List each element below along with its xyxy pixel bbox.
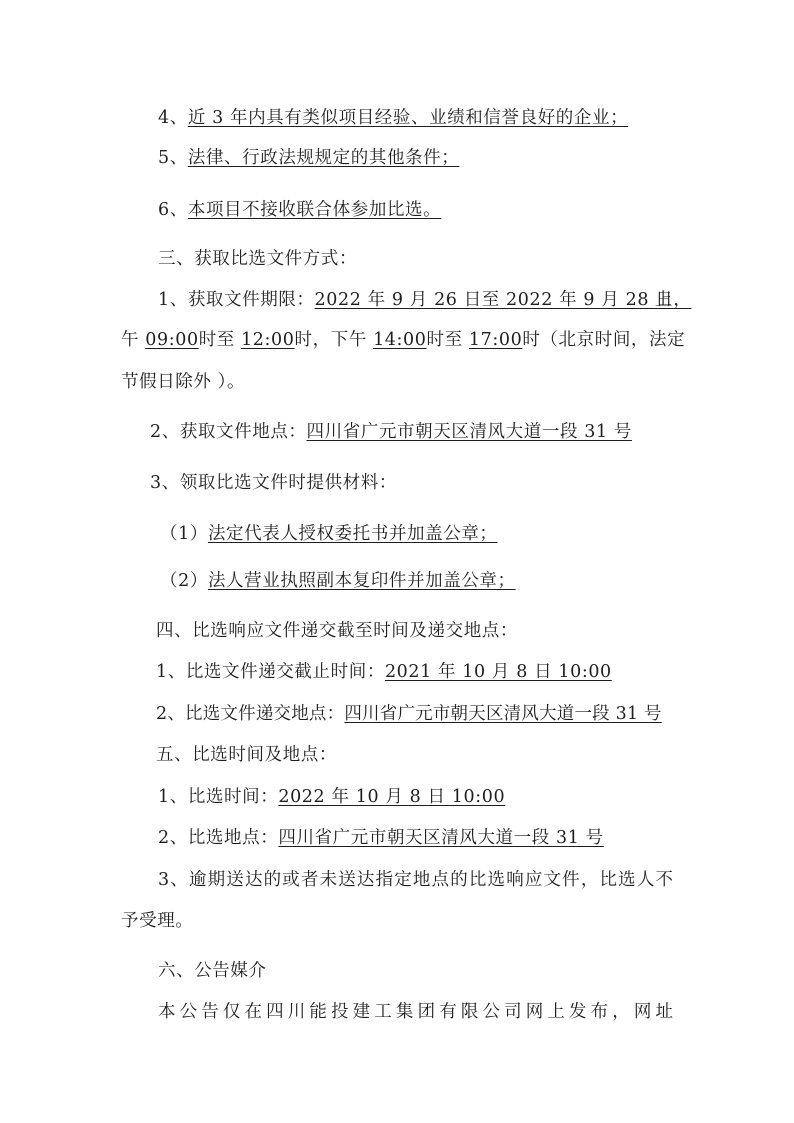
section-3-item-1-line-1: 1、获取文件期限：2022 年 9 月 26 日至 2022 年 9 月 28 … <box>158 288 673 312</box>
section-3-item-3: 3、领取比选文件时提供材料： <box>150 471 681 495</box>
sub-item-number: （1） <box>160 524 208 544</box>
section-4-item-1: 1、比选文件递交截止时间：2021 年 10 月 8 日 10:00 <box>156 660 687 684</box>
item-number: 6、 <box>158 200 188 220</box>
time-value: 12:00 <box>241 330 294 350</box>
item-text: 法律、行政法规规定的其他条件； <box>188 148 460 168</box>
document-page: 4、近 3 年内具有类似项目经验、业绩和信誉良好的企业； 5、法律、行政法规规定… <box>0 0 794 1123</box>
address-value: 四川省广元市朝天区清风大道一段 31 号 <box>278 828 603 848</box>
text-fragment: 上 <box>655 288 673 312</box>
section-6-body-line-1: 本公告仅在四川能投建工集团有限公司网上发布，网址 <box>158 1000 673 1024</box>
time-value: 09:00 <box>145 330 198 350</box>
item-number: 5、 <box>158 148 188 168</box>
requirement-item-5: 5、法律、行政法规规定的其他条件； <box>158 146 673 170</box>
requirement-item-4: 4、近 3 年内具有类似项目经验、业绩和信誉良好的企业； <box>158 106 673 130</box>
sub-item-number: （2） <box>160 571 208 591</box>
section-3-heading: 三、获取比选文件方式： <box>158 247 673 271</box>
time-value: 17:00 <box>469 330 522 350</box>
address-value: 四川省广元市朝天区清风大道一段 31 号 <box>307 422 632 442</box>
section-5-heading: 五、比选时间及地点： <box>156 743 687 767</box>
text-fragment: 时，下午 <box>295 330 374 350</box>
section-6-heading: 六、公告媒介 <box>158 959 673 983</box>
item-number: 4、 <box>158 108 188 128</box>
time-value: 14:00 <box>373 330 426 350</box>
section-5-item-1: 1、比选时间：2022 年 10 月 8 日 10:00 <box>158 785 673 809</box>
text-fragment: 时（北京时间，法定 <box>522 330 685 350</box>
sub-item-text: 法人营业执照副本复印件并加盖公章； <box>208 571 516 591</box>
section-5-item-3-line-2: 予受理。 <box>121 909 673 933</box>
time-value: 2022 年 10 月 8 日 10:00 <box>278 787 505 807</box>
address-value: 四川省广元市朝天区清风大道一段 31 号 <box>344 704 661 724</box>
section-3-item-1-line-3: 节假日除外 ）。 <box>121 370 673 394</box>
text-fragment: 时至 <box>199 330 241 350</box>
text-fragment: 午 <box>121 330 145 350</box>
section-4-heading: 四、比选响应文件递交截至时间及递交地点： <box>156 619 687 643</box>
section-4-item-2: 2、比选文件递交地点：四川省广元市朝天区清风大道一段 31 号 <box>156 702 687 726</box>
section-3-item-3-sub-2: （2）法人营业执照副本复印件并加盖公章； <box>160 569 691 593</box>
section-3-item-2: 2、获取文件地点：四川省广元市朝天区清风大道一段 31 号 <box>150 420 681 444</box>
item-label: 2、比选地点： <box>158 828 278 848</box>
item-label: 2、比选文件递交地点： <box>156 704 344 724</box>
text-fragment: 时至 <box>427 330 469 350</box>
section-5-item-2: 2、比选地点：四川省广元市朝天区清风大道一段 31 号 <box>158 826 673 850</box>
item-label: 1、比选时间： <box>158 787 278 807</box>
section-3-item-1-line-2: 午 09:00时至 12:00时，下午 14:00时至 17:00时（北京时间，… <box>121 328 673 352</box>
sub-item-text: 法定代表人授权委托书并加盖公章； <box>208 524 498 544</box>
date-range: 2022 年 9 月 26 日至 2022 年 9 月 28 日， <box>315 290 692 310</box>
requirement-item-6: 6、本项目不接收联合体参加比选。 <box>158 198 673 222</box>
item-text: 本项目不接收联合体参加比选。 <box>188 200 441 220</box>
deadline-value: 2021 年 10 月 8 日 10:00 <box>385 662 612 682</box>
item-text: 近 3 年内具有类似项目经验、业绩和信誉良好的企业； <box>188 108 628 128</box>
section-3-item-3-sub-1: （1）法定代表人授权委托书并加盖公章； <box>160 522 691 546</box>
item-label: 1、比选文件递交截止时间： <box>156 662 385 682</box>
section-5-item-3-line-1: 3、逾期送达的或者未送达指定地点的比选响应文件，比选人不 <box>158 868 673 892</box>
item-label: 2、获取文件地点： <box>150 422 307 442</box>
item-label: 1、获取文件期限： <box>158 290 315 310</box>
